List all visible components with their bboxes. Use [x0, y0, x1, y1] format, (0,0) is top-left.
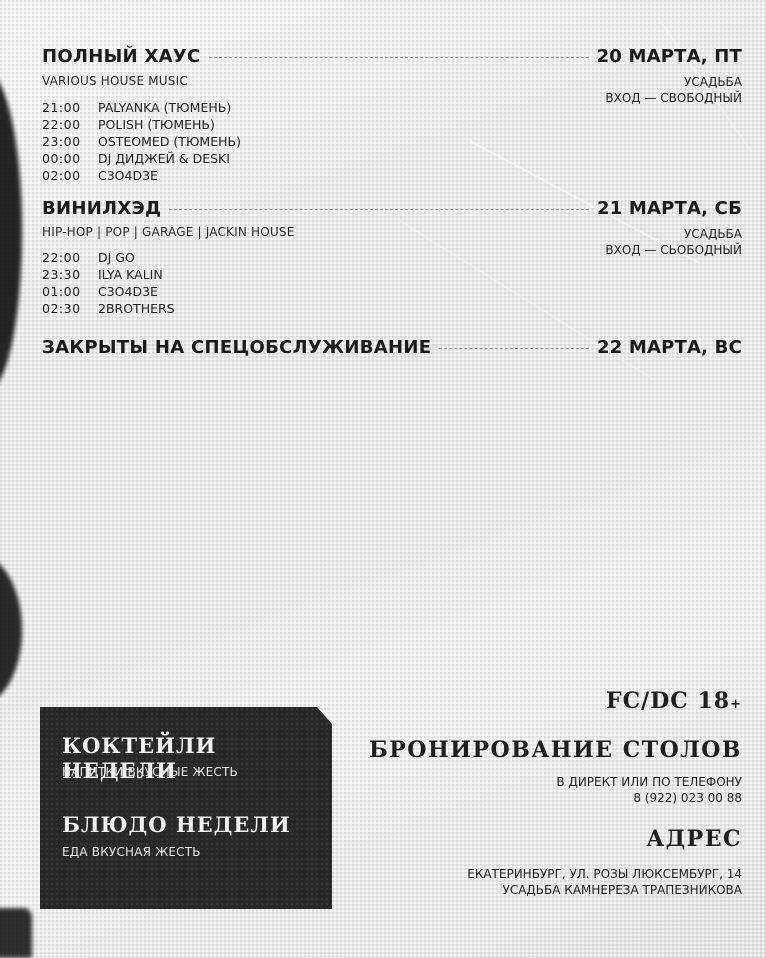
brand-age-label: FC/DC 18+ [606, 688, 742, 714]
event-date: 21 МАРТА, СБ [597, 198, 742, 219]
lineup-slot: 23:00OSTEOMED (ТЮМЕНЬ) [42, 133, 241, 150]
venue-name: УСАДЬБА [605, 226, 742, 242]
address-title: АДРЕС [646, 826, 742, 852]
slot-time: 02:30 [42, 300, 98, 317]
event-venue: УСАДЬБА ВХОД — СВОБОДНЫЙ [605, 74, 742, 106]
event-date: 20 МАРТА, ПТ [597, 46, 742, 67]
weekly-specials-box: КОКТЕЙЛИ НЕДЕЛИ НАПИТКИ ВКУСНЫЕ ЖЕСТЬ БЛ… [40, 707, 332, 909]
slot-time: 00:00 [42, 150, 98, 167]
brand-name: FC/DC [606, 688, 689, 714]
venue-entry: ВХОД — СЬОБОДНЫЙ [605, 242, 742, 258]
slot-time: 22:00 [42, 116, 98, 133]
phone-number[interactable]: 8 (922) 023 00 88 [556, 790, 742, 806]
lineup-slot: 00:00DJ ДИДЖЕЙ & DESKI [42, 150, 241, 167]
slot-artist: POLISH (ТЮМЕНЬ) [98, 116, 215, 133]
booking-line: В ДИРЕКТ ИЛИ ПО ТЕЛЕФОНУ [556, 774, 742, 790]
dotted-leader [439, 348, 589, 349]
slot-artist: C3O4D3E [98, 167, 158, 184]
slot-artist: DJ GO [98, 249, 135, 266]
dotted-leader [169, 209, 589, 210]
slot-artist: 2BROTHERS [98, 300, 175, 317]
dish-subtitle: ЕДА ВКУСНАЯ ЖЕСТЬ [62, 845, 201, 859]
ink-blot-decoration [0, 908, 32, 958]
event-date: 22 МАРТА, ВС [597, 337, 742, 358]
address-line: УСАДЬБА КАМНЕРЕЗА ТРАПЕЗНИКОВА [467, 882, 742, 898]
slot-artist: OSTEOMED (ТЮМЕНЬ) [98, 133, 241, 150]
slot-time: 22:00 [42, 249, 98, 266]
address-line: ЕКАТЕРИНБУРГ, УЛ. РОЗЫ ЛЮКСЕМБУРГ, 14 [467, 866, 742, 882]
event-genre: HIP-HOP | POP | GARAGE | JACKIN HOUSE [42, 225, 295, 239]
slot-time: 02:00 [42, 167, 98, 184]
ink-blot-decoration [0, 70, 22, 390]
slot-artist: DJ ДИДЖЕЙ & DESKI [98, 150, 230, 167]
dotted-leader [209, 57, 589, 58]
event-row-polny-haus: ПОЛНЫЙ ХАУС 20 МАРТА, ПТ [42, 46, 742, 67]
booking-info: В ДИРЕКТ ИЛИ ПО ТЕЛЕФОНУ 8 (922) 023 00 … [556, 774, 742, 806]
lineup-slot: 23:30ILYA KALIN [42, 266, 175, 283]
dish-title: БЛЮДО НЕДЕЛИ [62, 812, 291, 837]
event-title: ВИНИЛХЭД [42, 198, 161, 219]
event-title: ПОЛНЫЙ ХАУС [42, 46, 201, 67]
lineup-slot: 02:302BROTHERS [42, 300, 175, 317]
slot-artist: PALYANKA (ТЮМЕНЬ) [98, 99, 231, 116]
event-lineup: 22:00DJ GO 23:30ILYA KALIN 01:00C3O4D3E … [42, 249, 175, 317]
event-lineup: 21:00PALYANKA (ТЮМЕНЬ) 22:00POLISH (ТЮМЕ… [42, 99, 241, 184]
event-row-vinilhed: ВИНИЛХЭД 21 МАРТА, СБ [42, 198, 742, 219]
event-genre: VARIOUS HOUSE MUSIC [42, 74, 188, 88]
cocktails-subtitle: НАПИТКИ ВКУСНЫЕ ЖЕСТЬ [62, 765, 238, 779]
age-plus: + [730, 697, 742, 712]
slot-artist: C3O4D3E [98, 283, 158, 300]
address-info: ЕКАТЕРИНБУРГ, УЛ. РОЗЫ ЛЮКСЕМБУРГ, 14 УС… [467, 866, 742, 898]
lineup-slot: 01:00C3O4D3E [42, 283, 175, 300]
ink-blot-decoration [0, 555, 22, 705]
age-limit: 18 [697, 688, 730, 714]
lineup-slot: 22:00POLISH (ТЮМЕНЬ) [42, 116, 241, 133]
event-row-closed: ЗАКРЫТЫ НА СПЕЦОБСЛУЖИВАНИЕ 22 МАРТА, ВС [42, 337, 742, 358]
event-venue: УСАДЬБА ВХОД — СЬОБОДНЫЙ [605, 226, 742, 258]
venue-entry: ВХОД — СВОБОДНЫЙ [605, 90, 742, 106]
lineup-slot: 22:00DJ GO [42, 249, 175, 266]
booking-title: БРОНИРОВАНИЕ СТОЛОВ [369, 737, 742, 763]
event-title: ЗАКРЫТЫ НА СПЕЦОБСЛУЖИВАНИЕ [42, 337, 431, 358]
venue-name: УСАДЬБА [605, 74, 742, 90]
lineup-slot: 02:00C3O4D3E [42, 167, 241, 184]
slot-artist: ILYA KALIN [98, 266, 163, 283]
slot-time: 01:00 [42, 283, 98, 300]
lineup-slot: 21:00PALYANKA (ТЮМЕНЬ) [42, 99, 241, 116]
slot-time: 23:30 [42, 266, 98, 283]
slot-time: 21:00 [42, 99, 98, 116]
slot-time: 23:00 [42, 133, 98, 150]
